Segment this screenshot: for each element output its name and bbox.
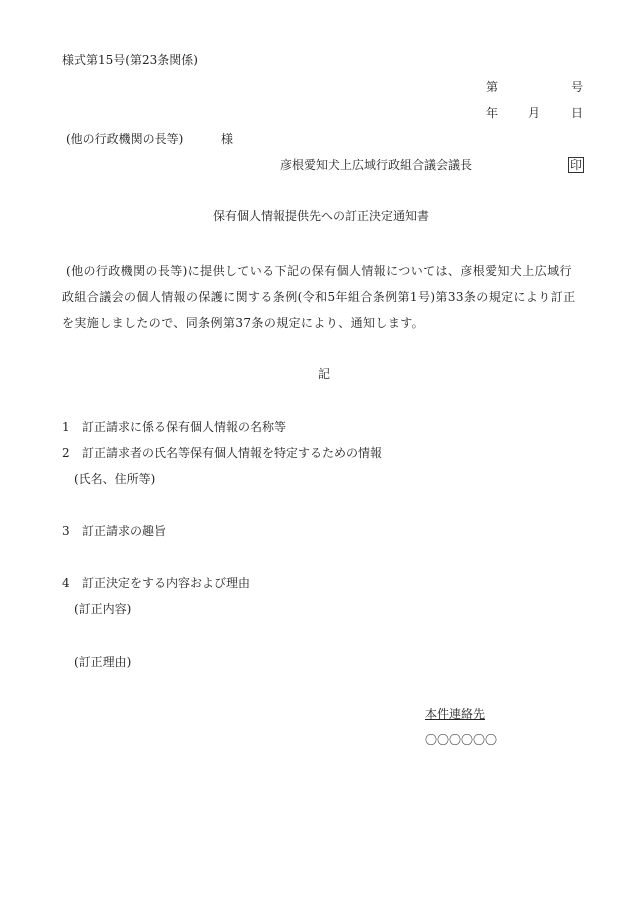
body-line-2: 政組合議会の個人情報の保護に関する条例(令和5年組合条例第1号)第33条の規定に… bbox=[62, 290, 576, 304]
item-4-label: 訂正決定をする内容および理由 bbox=[82, 576, 250, 590]
item-2-label: 訂正請求者の氏名等保有個人情報を特定するための情報 bbox=[82, 446, 382, 460]
addressee-honorific: 様 bbox=[221, 132, 233, 146]
date-month: 月 bbox=[528, 106, 540, 120]
number-suffix: 号 bbox=[571, 80, 583, 94]
item-1-number: 1 bbox=[62, 420, 70, 434]
seal-mark: 印 bbox=[568, 157, 584, 173]
sender-name: 彦根愛知犬上広域行政組合議会議長 bbox=[280, 158, 472, 172]
item-4-number: 4 bbox=[62, 576, 70, 590]
document-title: 保有個人情報提供先への訂正決定通知書 bbox=[213, 209, 429, 223]
body-line-3: を実施しましたので、同条例第37条の規定により、通知します。 bbox=[62, 316, 424, 330]
form-label: 様式第15号(第23条関係) bbox=[62, 53, 198, 67]
item-3-label: 訂正請求の趣旨 bbox=[82, 524, 166, 538]
contact-value: 〇〇〇〇〇〇 bbox=[425, 733, 497, 747]
ki-heading: 記 bbox=[318, 367, 330, 381]
item-4-sub-reason: (訂正理由) bbox=[74, 655, 131, 669]
contact-label: 本件連絡先 bbox=[425, 707, 485, 721]
date-day: 日 bbox=[571, 106, 583, 120]
addressee-name: (他の行政機関の長等) bbox=[66, 132, 183, 146]
item-4-sub-content: (訂正内容) bbox=[74, 602, 131, 616]
item-2-number: 2 bbox=[62, 446, 70, 460]
date-year: 年 bbox=[486, 106, 498, 120]
seal-icon: 印 bbox=[568, 157, 584, 173]
item-1-label: 訂正請求に係る保有個人情報の名称等 bbox=[82, 420, 286, 434]
number-prefix: 第 bbox=[486, 80, 498, 94]
item-3-number: 3 bbox=[62, 524, 70, 538]
item-2-sub: (氏名、住所等) bbox=[74, 472, 155, 486]
body-line-1: (他の行政機関の長等)に提供している下記の保有個人情報については、彦根愛知犬上広… bbox=[66, 264, 572, 278]
